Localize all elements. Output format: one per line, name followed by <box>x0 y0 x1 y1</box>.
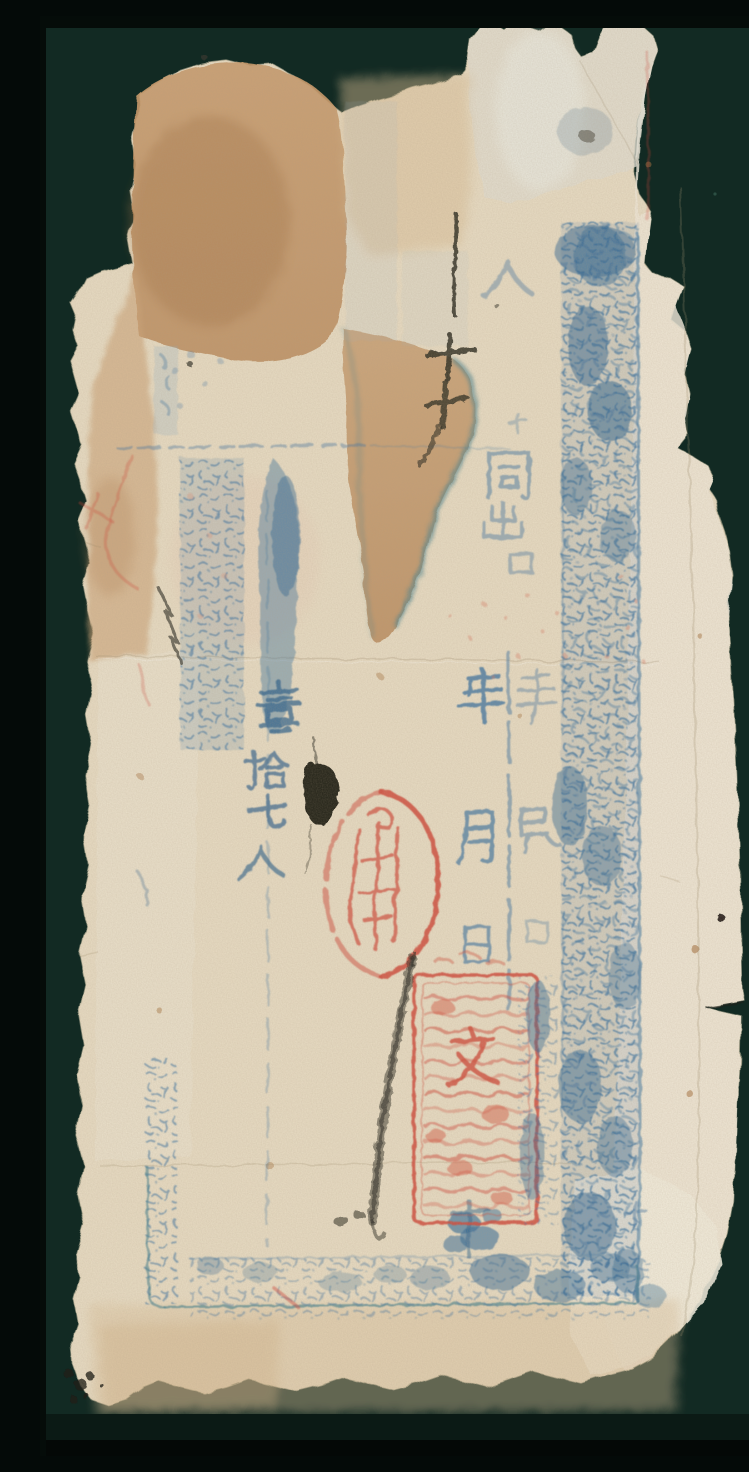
stain-bottom-left <box>100 1321 280 1410</box>
scanned-banknote-photo: Photographic scan of a heavily worn anti… <box>40 16 749 1456</box>
blue-clump-on-seal <box>520 1112 544 1200</box>
stain-left-spot <box>85 476 135 596</box>
worm-hole <box>716 913 724 921</box>
blue-clump-on-seal <box>526 980 550 1052</box>
dust-speck <box>713 192 716 195</box>
left-band-clump <box>272 476 300 596</box>
stain-dark-core <box>130 116 290 326</box>
banknote-scan-svg <box>40 16 749 1456</box>
frame-left-band-tint <box>180 458 244 750</box>
ornamental-side-band <box>552 107 644 1300</box>
